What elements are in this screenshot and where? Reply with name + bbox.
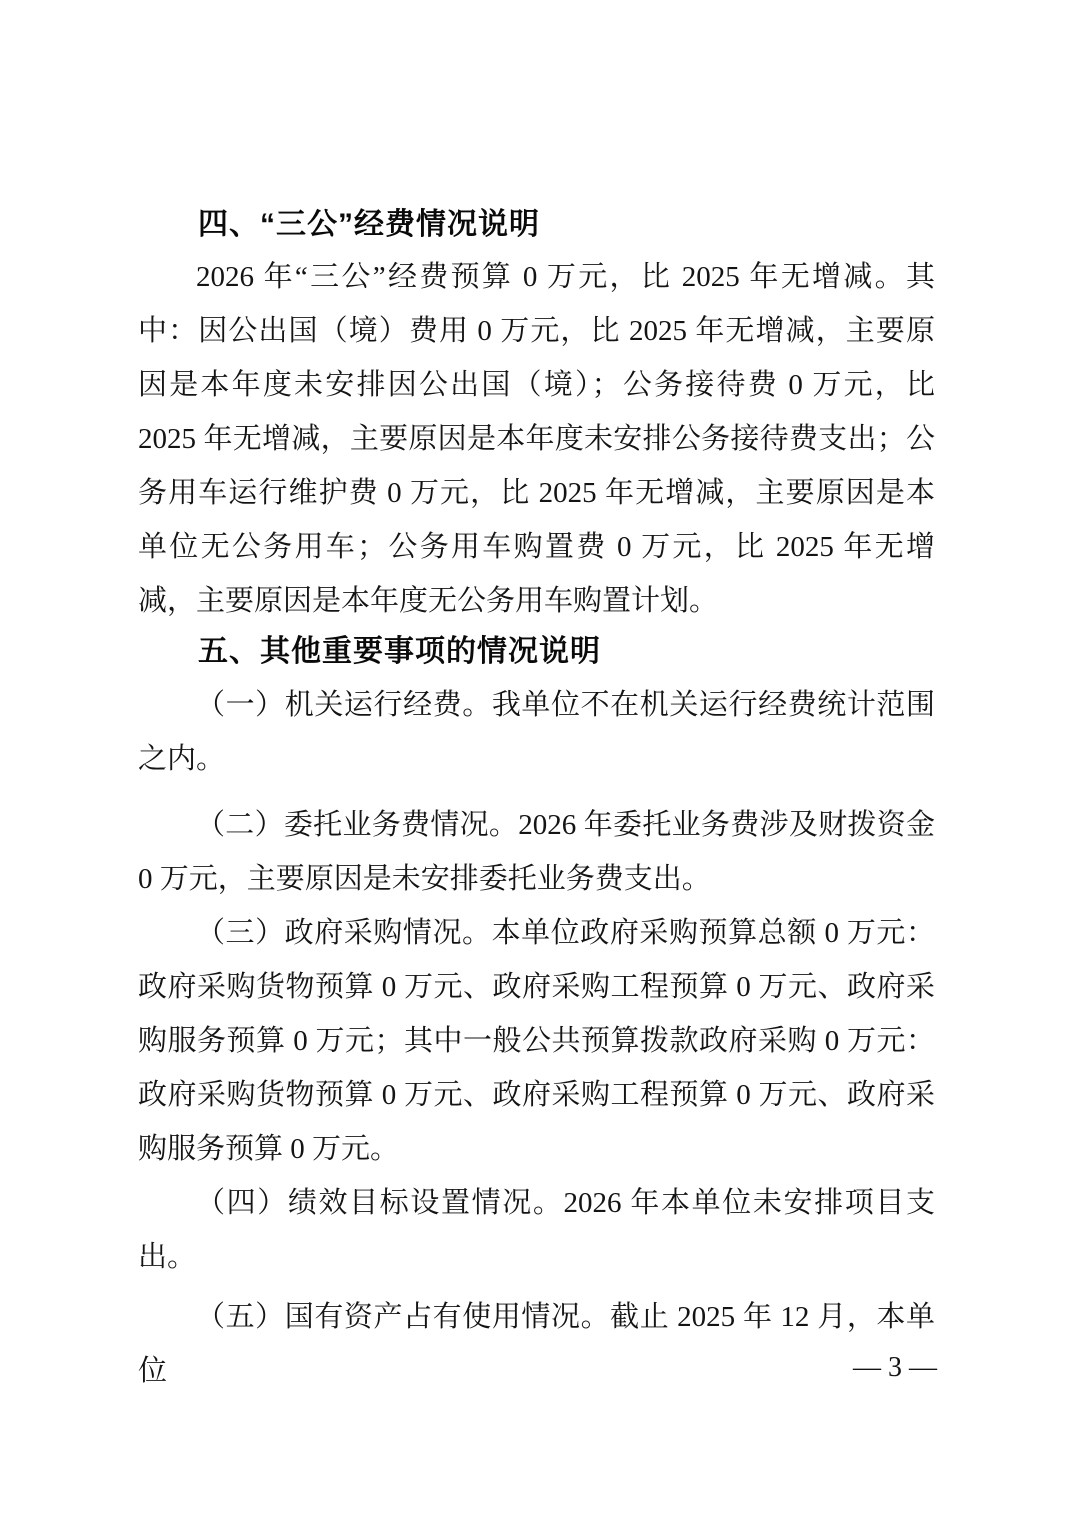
page-content: 四、“三公”经费情况说明 2026 年“三公”经费预算 0 万元，比 2025 … (138, 0, 935, 1398)
paragraph-performance-targets: （四）绩效目标设置情况。2026 年本单位未安排项目支出。 (138, 1176, 935, 1284)
paragraph-state-owned-assets: （五）国有资产占有使用情况。截止 2025 年 12 月，本单位 (138, 1290, 935, 1398)
paragraph-government-procurement: （三）政府采购情况。本单位政府采购预算总额 0 万元：政府采购货物预算 0 万元… (138, 906, 935, 1176)
paragraph-entrusted-business-fees: （二）委托业务费情况。2026 年委托业务费涉及财拨资金 0 万元，主要原因是未… (138, 798, 935, 906)
paragraph-agency-operating-funds: （一）机关运行经费。我单位不在机关运行经费统计范围之内。 (138, 678, 935, 786)
paragraph-three-public-funds: 2026 年“三公”经费预算 0 万元，比 2025 年无增减。其中：因公出国（… (138, 250, 935, 628)
page-number: — 3 — (853, 1352, 937, 1384)
section-heading-other-important-matters: 五、其他重要事项的情况说明 (138, 632, 935, 672)
section-heading-three-public-funds: 四、“三公”经费情况说明 (138, 205, 935, 245)
document-page: 四、“三公”经费情况说明 2026 年“三公”经费预算 0 万元，比 2025 … (0, 0, 1074, 1520)
